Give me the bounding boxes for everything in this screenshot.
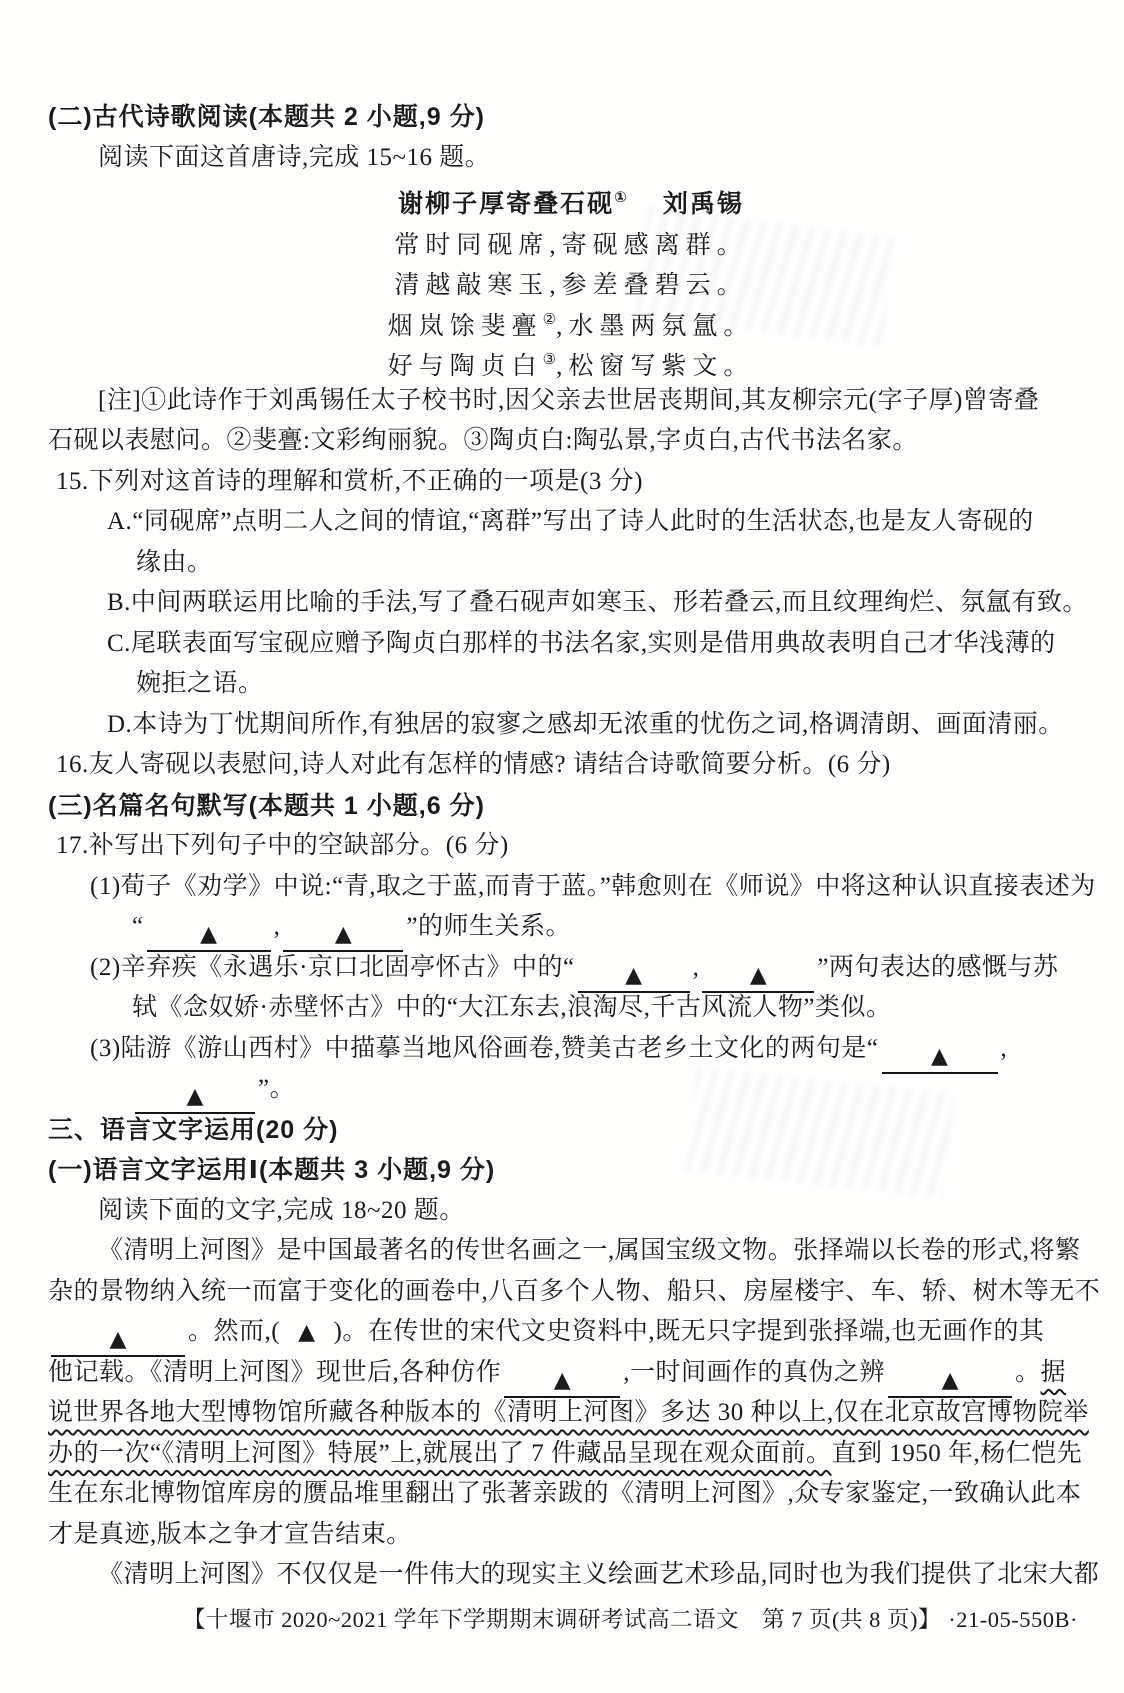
- passage-line4-text: 他记载。《清明上河图》现世后,各种仿作: [48, 1359, 501, 1386]
- passage-line3-rest: )。在传世的宋代文史资料中,既无只字提到张择端,也无画作的其: [334, 1318, 1045, 1345]
- language-instruction: 阅读下面的文字,完成 18~20 题。: [48, 1191, 1094, 1232]
- blank-separator: ,: [274, 913, 281, 940]
- q17-item1-line2: “▲,▲”的师生关系。: [48, 907, 1094, 948]
- question-17-stem: 17.补写出下列句子中的空缺部分。(6 分): [48, 826, 1094, 867]
- poem-line: 常时同砚席,寄砚感离群。: [48, 219, 1094, 260]
- item2-tail: ”两句表达的感慨与苏: [817, 954, 1058, 981]
- poem-note-ref: ②: [543, 312, 556, 328]
- passage-line6-wavy: 办的一次“《清明上河图》特展”上,就展出了 7 件藏品呈现在观众面前。: [48, 1440, 831, 1467]
- q15-option-b: B.中间两联运用比喻的手法,写了叠石砚声如寒玉、形若叠云,而且纹理绚烂、氛氲有致…: [48, 583, 1094, 624]
- q15-option-d: D.本诗为丁忧期间所作,有独居的寂寥之感却无浓重的忧伤之词,格调清朗、画面清丽。: [48, 705, 1094, 746]
- q15-option-a-line1: A.“同砚席”点明二人之间的情谊,“离群”写出了诗人此时的生活状态,也是友人寄砚…: [48, 502, 1094, 543]
- poem-footnote-line1: [注]①此诗作于刘禹锡任太子校书时,因父亲去世居丧期间,其友柳宗元(字子厚)曾寄…: [48, 381, 1094, 422]
- passage-line3-text: 。然而,(: [188, 1318, 280, 1345]
- passage-line2: 杂的景物纳入统一而富于变化的画卷中,八百多个人物、船只、房屋楼宇、车、轿、树木等…: [48, 1272, 1094, 1313]
- poem-title: 谢柳子厚寄叠石砚: [398, 190, 614, 218]
- question-16-stem: 16.友人寄砚以表慰问,诗人对此有怎样的情感? 请结合诗歌简要分析。(6 分): [48, 745, 1094, 786]
- exam-paper-page: (二)古代诗歌阅读(本题共 2 小题,9 分) 阅读下面这首唐诗,完成 15~1…: [0, 0, 1124, 1693]
- passage-line4-wavy: 据: [1041, 1359, 1067, 1386]
- passage-line6: 办的一次“《清明上河图》特展”上,就展出了 7 件藏品呈现在观众面前。直到 19…: [48, 1434, 1094, 1475]
- exam-content: (二)古代诗歌阅读(本题共 2 小题,9 分) 阅读下面这首唐诗,完成 15~1…: [48, 97, 1094, 1596]
- item3-tail: ”。: [258, 1075, 295, 1102]
- passage-line9: 《清明上河图》不仅仅是一件伟大的现实主义绘画艺术珍品,同时也为我们提供了北宋大都: [48, 1555, 1094, 1596]
- q17-item3-line1: (3)陆游《游山西村》中描摹当地风俗画卷,赞美古老乡土文化的两句是“▲,: [48, 1029, 1094, 1070]
- poem-title-line: 谢柳子厚寄叠石砚①刘禹锡: [48, 178, 1094, 219]
- poem-line-text: 常时同砚席,寄砚感离群。: [394, 232, 747, 259]
- footer-paper-code: ·21-05-550B·: [948, 1600, 1078, 1640]
- footer-exam-title: 【十堰市 2020~2021 学年下学期期末调研考试高二语文 第 7 页(共 8…: [183, 1607, 941, 1632]
- passage-line1: 《清明上河图》是中国最著名的传世名画之一,属国宝级文物。张择端以长卷的形式,将繁: [48, 1231, 1094, 1272]
- passage-line5: 说世界各地大型博物馆所藏各种版本的《清明上河图》多达 30 种以上,仅在北京故宫…: [48, 1393, 1094, 1434]
- item1-tail: ”的师生关系。: [406, 913, 571, 940]
- poem-line: 清越敲寒玉,参差叠碧云。: [48, 259, 1094, 300]
- poem-line-text: ,水墨两氛氲。: [556, 313, 754, 340]
- answer-triangle-icon: ▲: [110, 1327, 127, 1352]
- passage-line4-period: 。: [1015, 1359, 1041, 1386]
- page-footer: 【十堰市 2020~2021 学年下学期期末调研考试高二语文 第 7 页(共 8…: [0, 1600, 1124, 1640]
- poem-author: 刘禹锡: [663, 190, 744, 218]
- q17-item2-line2: 轼《念奴娇·赤壁怀古》中的“大江东去,浪淘尽,千古风流人物”类似。: [48, 988, 1094, 1029]
- poetry-instruction: 阅读下面这首唐诗,完成 15~16 题。: [48, 138, 1094, 179]
- passage-line7: 生在东北博物馆库房的赝品堆里翻出了张著亲跋的《清明上河图》,众专家鉴定,一致确认…: [48, 1474, 1094, 1515]
- section-poetry-header: (二)古代诗歌阅读(本题共 2 小题,9 分): [48, 97, 1094, 138]
- passage-line6-rest: 直到 1950 年,杨仁恺先: [831, 1440, 1082, 1467]
- q15-option-c-line1: C.尾联表面写宝砚应赠予陶贞白那样的书法名家,实则是借用典故表明自己才华浅薄的: [48, 624, 1094, 665]
- answer-triangle-icon: ▲: [750, 963, 767, 988]
- passage-line4: 他记载。《清明上河图》现世后,各种仿作▲,一时间画作的真伪之辨▲。据: [48, 1353, 1094, 1394]
- q15-option-c-line2: 婉拒之语。: [48, 664, 1094, 705]
- answer-triangle-icon: ▲: [625, 963, 642, 988]
- blank-separator: ,: [1001, 1035, 1008, 1062]
- quote-open: “: [132, 913, 144, 940]
- section-language-subheader: (一)语言文字运用Ⅰ(本题共 3 小题,9 分): [48, 1150, 1094, 1191]
- q15-option-a-line2: 缘由。: [48, 543, 1094, 584]
- answer-triangle-icon: ▲: [942, 1368, 959, 1393]
- q17-item2-line1: (2)辛弃疾《永遇乐·京口北固亭怀古》中的“▲,▲”两句表达的感慨与苏: [48, 948, 1094, 989]
- answer-triangle-icon: ▲: [554, 1368, 571, 1393]
- passage-line3: ▲。然而,(▲)。在传世的宋代文史资料中,既无只字提到张择端,也无画作的其: [48, 1312, 1094, 1353]
- poem-line-text: 烟岚馀斐亹: [388, 313, 543, 340]
- poem-line: 烟岚馀斐亹②,水墨两氛氲。: [48, 300, 1094, 341]
- passage-line5-wavy: 说世界各地大型博物馆所藏各种版本的《清明上河图》多达 30 种以上,仅在北京故宫…: [48, 1399, 1089, 1426]
- blank-separator: ,: [693, 954, 700, 981]
- answer-triangle-icon: ▲: [335, 922, 352, 947]
- answer-triangle-icon: ▲: [931, 1044, 948, 1069]
- poem-line-text: 清越敲寒玉,参差叠碧云。: [394, 272, 747, 299]
- q17-item1-line1: (1)荀子《劝学》中说:“青,取之于蓝,而青于蓝。”韩愈则在《师说》中将这种认识…: [48, 867, 1094, 908]
- poem-line-text: 好与陶贞白: [388, 353, 543, 380]
- poem-note-ref: ③: [543, 352, 556, 368]
- passage-line4-mid: ,一时间画作的真伪之辨: [623, 1359, 885, 1386]
- paren-triangle-icon: ▲: [298, 1320, 315, 1345]
- item2-lead: (2)辛弃疾《永遇乐·京口北固亭怀古》中的“: [90, 954, 575, 981]
- passage-line8: 才是真迹,版本之争才宣告结束。: [48, 1515, 1094, 1556]
- q17-item3-line2: ▲”。: [48, 1069, 1094, 1110]
- answer-triangle-icon: ▲: [187, 1084, 204, 1109]
- answer-triangle-icon: ▲: [200, 922, 217, 947]
- section-language-header: 三、语言文字运用(20 分): [48, 1110, 1094, 1151]
- poem-line: 好与陶贞白③,松窗写紫文。: [48, 340, 1094, 381]
- section-dictation-header: (三)名篇名句默写(本题共 1 小题,6 分): [48, 786, 1094, 827]
- poem-title-note-ref: ①: [614, 189, 627, 206]
- item3-lead: (3)陆游《游山西村》中描摹当地风俗画卷,赞美古老乡土文化的两句是“: [90, 1035, 879, 1062]
- poem-footnote-line2: 石砚以表慰问。②斐亹:文彩绚丽貌。③陶贞白:陶弘景,字贞白,古代书法名家。: [48, 421, 1094, 462]
- answer-blank: ▲: [882, 1041, 998, 1074]
- question-15-stem: 15.下列对这首诗的理解和赏析,不正确的一项是(3 分): [48, 462, 1094, 503]
- poem-line-text: ,松窗写紫文。: [556, 353, 754, 380]
